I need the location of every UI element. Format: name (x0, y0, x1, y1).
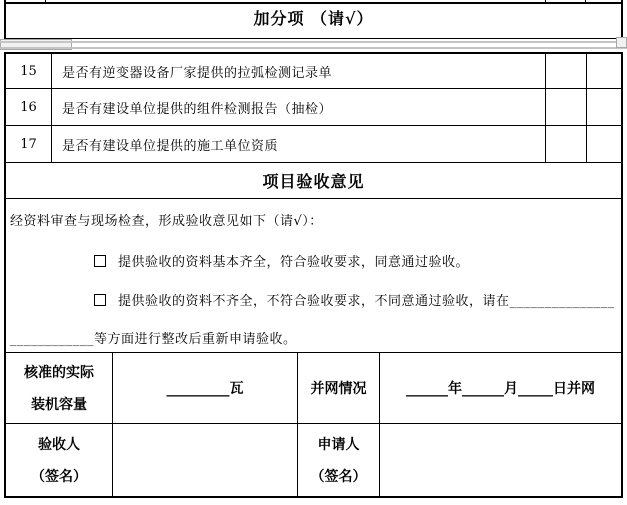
row-text: 是否有建设单位提供的组件检测报告（抽检） (52, 89, 545, 125)
check-cell-2[interactable] (586, 89, 621, 125)
summary-row-1: 核准的实际 装机容量 _________瓦 并网情况 ______年______… (6, 353, 621, 424)
page-break-handle-right (616, 37, 627, 48)
capacity-value-cell[interactable]: _________瓦 (113, 353, 298, 423)
applicant-label-line1: 申请人 (318, 434, 360, 454)
bonus-section-table: 加分项 （请√） (4, 0, 623, 40)
word-page: 加分项 （请√） 15 是否有逆变器设备厂家提供的拉弧检测记录单 16 是否有建… (0, 0, 627, 505)
checkbox-icon[interactable] (94, 294, 106, 306)
acceptor-label-line1: 验收人 (38, 434, 80, 454)
row-text: 是否有建设单位提供的施工单位资质 (52, 126, 545, 162)
capacity-label-line1: 核准的实际 (24, 362, 94, 382)
capacity-label-line2: 装机容量 (31, 394, 87, 414)
checklist-row-17: 17 是否有建设单位提供的施工单位资质 (6, 126, 621, 163)
checklist-row-16: 16 是否有建设单位提供的组件检测报告（抽检） (6, 89, 621, 126)
summary-row-2: 验收人 （签名） 申请人 （签名） (6, 424, 621, 496)
opinion-option-2: 提供验收的资料不齐全，不符合验收要求，不同意通过验收，请在___________… (94, 290, 615, 309)
bonus-section-title: 加分项 （请√） (6, 6, 621, 29)
grid-status-label-cell: 并网情况 (298, 353, 380, 423)
row-number: 16 (6, 89, 52, 125)
check-cell-1[interactable] (545, 126, 586, 162)
opinion-section-title: 项目验收意见 (6, 169, 621, 192)
opinion-body: 经资料审查与现场检查，形成验收意见如下（请√）： 提供验收的资料基本齐全，符合验… (6, 199, 621, 353)
check-cell-1[interactable] (545, 89, 586, 125)
page-break-line (0, 41, 627, 43)
check-cell-1[interactable] (545, 54, 586, 88)
checkbox-icon[interactable] (94, 255, 106, 267)
acceptor-label-cell: 验收人 （签名） (6, 424, 113, 496)
opinion-option-2-text: 提供验收的资料不齐全，不符合验收要求，不同意通过验收，请在___________… (118, 294, 615, 309)
acceptance-table: 15 是否有逆变器设备厂家提供的拉弧检测记录单 16 是否有建设单位提供的组件检… (4, 52, 623, 498)
opinion-option-2-continuation: ____________等方面进行整改后重新申请验收。 (10, 328, 297, 347)
acceptor-signature-cell[interactable] (113, 424, 298, 496)
check-cell-2[interactable] (586, 126, 621, 162)
acceptor-label-line2: （签名） (31, 466, 87, 486)
applicant-label-cell: 申请人 （签名） (298, 424, 380, 496)
check-cell-2[interactable] (586, 54, 621, 88)
checklist-row-15: 15 是否有逆变器设备厂家提供的拉弧检测记录单 (6, 54, 621, 89)
applicant-label-line2: （签名） (311, 466, 367, 486)
grid-status-label: 并网情况 (311, 378, 367, 398)
capacity-label-cell: 核准的实际 装机容量 (6, 353, 113, 423)
opinion-option-1-text: 提供验收的资料基本齐全，符合验收要求，同意通过验收。 (118, 255, 469, 270)
row-number: 15 (6, 54, 52, 88)
table-divider (4, 2, 623, 4)
applicant-signature-cell[interactable] (380, 424, 621, 496)
grid-status-value-cell[interactable]: ______年______月_____日并网 (380, 353, 621, 423)
row-text: 是否有逆变器设备厂家提供的拉弧检测记录单 (52, 54, 545, 88)
opinion-intro-text: 经资料审查与现场检查，形成验收意见如下（请√）： (10, 210, 323, 229)
page-break-divider (0, 39, 627, 52)
opinion-option-1: 提供验收的资料基本齐全，符合验收要求，同意通过验收。 (94, 251, 469, 270)
opinion-title-row: 项目验收意见 (6, 163, 621, 199)
row-number: 17 (6, 126, 52, 162)
page-break-line (0, 47, 627, 49)
